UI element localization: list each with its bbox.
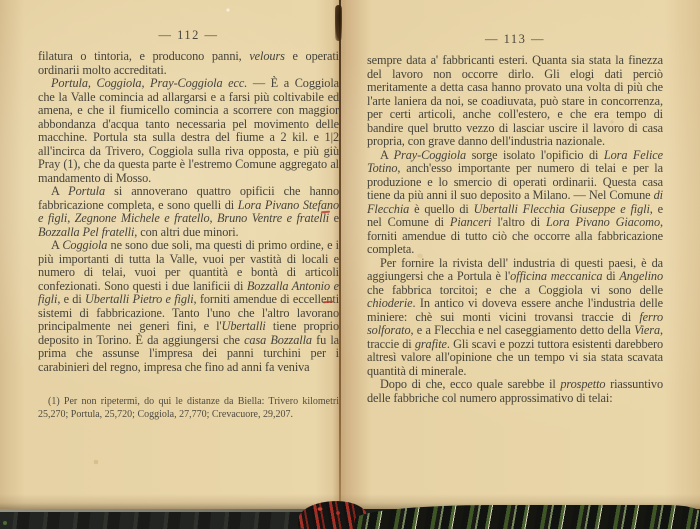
paragraph: A Pray-Coggiola sorge isolato l'opificio… [367,149,663,257]
italic-text: casa Bozzalla [244,333,312,347]
italic-text: Ubertalli Pietro e figli [85,292,194,306]
italic-text: grafite [415,337,447,351]
italic-text: Ubertalli [222,319,266,333]
italic-text: velours [249,49,285,63]
page-number-left: — 112 — [38,28,339,43]
italic-text: Lora Pivano Giacomo [546,215,660,229]
italic-text: chioderie [367,296,413,310]
body-text: , [67,211,74,225]
paragraph: Per fornire la rivista dell' industria d… [367,257,663,379]
body-text: , e a Flecchia e nel caseggiamento detto… [411,323,635,337]
italic-text: prospetto [560,377,605,391]
italic-text: Ubertalli Flecchia Giuseppe e figli [474,202,650,216]
body-text: di [602,269,619,283]
body-text: A [380,148,394,162]
right-page-body: sempre data a' fabbricanti esteri. Quant… [367,54,663,405]
body-text: Dopo di che, ecco quale sarebbe il [380,377,560,391]
body-text: , anch'esso importante per numero di tel… [367,161,663,202]
paragraph: A Portula si annoverano quattro opificii… [38,185,339,239]
body-text: l'altro di [491,215,546,229]
paragraph: Portula, Coggiola, Pray-Coggiola ecc. — … [38,77,339,185]
paragraph: A Coggiola ne sono due soli, ma questi d… [38,239,339,374]
paragraph: filatura o tintoria, e producono panni, … [38,50,339,77]
body-text: — È a Coggiola che la Valle comincia ad … [38,76,339,185]
body-text: , [210,211,217,225]
paragraph: Dopo di che, ecco quale sarebbe il prosp… [367,378,663,405]
page-number-right: — 113 — [367,32,663,47]
left-page: — 112 — filatura o tintoria, e producono… [38,28,339,421]
body-text: , con altri due minori. [134,225,238,239]
body-text: che fabbrica torcitoi; e che a Coggiola … [367,283,663,297]
marbled-edge-green [355,505,700,529]
body-text: e [329,211,339,225]
body-text: sorge isolato l'opificio di [466,148,604,162]
body-text: A [51,238,62,252]
left-page-body: filatura o tintoria, e producono panni, … [38,50,339,374]
italic-text: Bozzalla Pel fratelli [38,225,134,239]
italic-text: Coggiola [62,238,107,252]
paragraph: sempre data a' fabbricanti esteri. Quant… [367,54,663,149]
italic-text: Portula, Coggiola, Pray-Coggiola ecc. [51,76,247,90]
italic-text: Angelino [619,269,663,283]
italic-text: Viera [634,323,660,337]
body-text: filatura o tintoria, e producono panni, [38,49,249,63]
italic-text: Zegnone Michele e fratello [75,211,210,225]
body-text: , e di [57,292,85,306]
italic-text: Pray-Coggiola [394,148,466,162]
italic-text: Portula [68,184,105,198]
italic-text: officina meccanica [510,269,602,283]
bottom-band-left [0,512,330,529]
body-text: A [51,184,68,198]
italic-text: Bruno Ventre e fratelli [217,211,329,225]
body-text: è quello di [409,202,473,216]
body-text: sempre data a' fabbricanti esteri. Quant… [367,53,663,148]
book-scan: — 112 — filatura o tintoria, e producono… [0,0,700,529]
italic-text: Pianceri [450,215,492,229]
book-gutter-line [339,0,341,512]
footnote: (1) Per non ripetermi, do qui le distanz… [38,396,339,421]
right-page: — 113 — sempre data a' fabbricanti ester… [367,32,663,405]
binding-thread [335,5,342,41]
